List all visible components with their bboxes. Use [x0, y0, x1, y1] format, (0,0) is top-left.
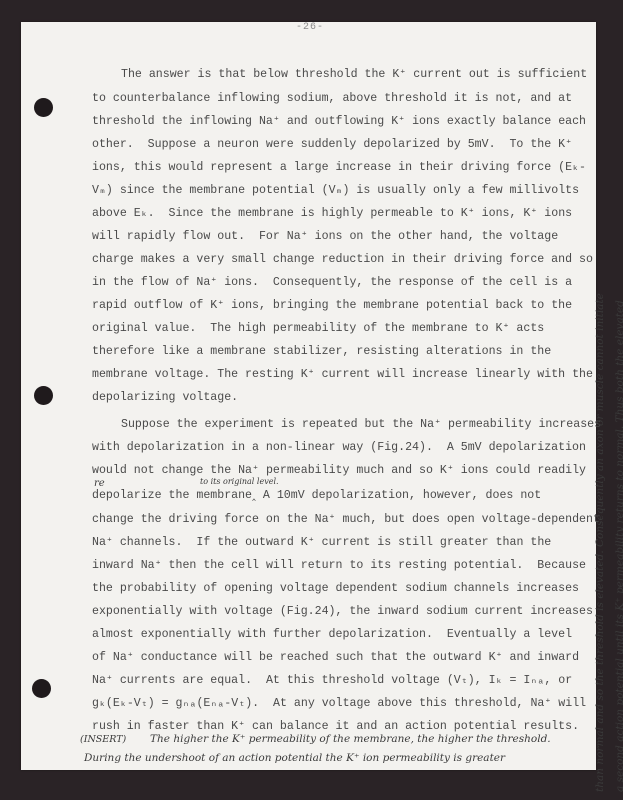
- punch-hole-top: [34, 98, 53, 117]
- typed-line: depolarizing voltage.: [92, 391, 238, 405]
- typed-line: ions, this would represent a large incre…: [92, 161, 586, 175]
- typed-line: of Na⁺ conductance will be reached such …: [92, 651, 579, 665]
- handwritten-insert-line-1: The higher the K⁺ permeability of the me…: [150, 733, 551, 745]
- typed-line: rush in faster than K⁺ can balance it an…: [92, 720, 579, 734]
- typed-line: the probability of opening voltage depen…: [92, 582, 579, 596]
- typed-line: would not change the Na⁺ permeability mu…: [92, 464, 586, 478]
- typed-line: Suppose the experiment is repeated but t…: [121, 418, 601, 432]
- typed-line: gₖ(Eₖ-Vₜ) = gₙₐ(Eₙₐ-Vₜ). At any voltage …: [92, 697, 586, 711]
- margin-note-line-2: a second action potential until its K⁺ p…: [610, 293, 623, 792]
- typed-line: membrane voltage. The resting K⁺ current…: [92, 368, 593, 382]
- page-number: -26-: [296, 22, 324, 33]
- handwritten-margin-note: than normal and so the threshold is elev…: [590, 293, 623, 792]
- typed-line: Na⁺ channels. If the outward K⁺ current …: [92, 536, 551, 550]
- punch-hole-middle: [34, 386, 53, 405]
- typed-line: in the flow of Na⁺ ions. Consequently, t…: [92, 276, 572, 290]
- handwritten-insertion-above: to its original level.: [200, 477, 279, 486]
- typed-line: depolarize the membrane‸ A 10mV depolari…: [92, 489, 541, 503]
- typed-line: with depolarization in a non-linear way …: [92, 441, 586, 455]
- handwritten-insert-label: (INSERT): [80, 734, 126, 745]
- typed-line: will rapidly flow out. For Na⁺ ions on t…: [92, 230, 558, 244]
- typed-line: inward Na⁺ then the cell will return to …: [92, 559, 586, 573]
- typed-line: threshold the inflowing Na⁺ and outflowi…: [92, 115, 586, 129]
- handwritten-insert-line-2: During the undershoot of an action poten…: [84, 752, 505, 764]
- typed-line: above Eₖ. Since the membrane is highly p…: [92, 207, 572, 221]
- punch-hole-bottom: [32, 679, 51, 698]
- typed-line: charge makes a very small change reducti…: [92, 253, 593, 267]
- margin-note-line-1: than normal and so the threshold is elev…: [590, 293, 610, 792]
- typed-line: to counterbalance inflowing sodium, abov…: [92, 92, 572, 106]
- typed-line: original value. The high permeability of…: [92, 322, 544, 336]
- typed-line: Na⁺ currents are equal. At this threshol…: [92, 674, 572, 688]
- typed-line: exponentially with voltage (Fig.24), the…: [92, 605, 593, 619]
- handwritten-re-correction: re: [94, 478, 105, 489]
- typed-line: therefore like a membrane stabilizer, re…: [92, 345, 551, 359]
- typed-line: Vₘ) since the membrane potential (Vₘ) is…: [92, 184, 579, 198]
- typed-line: change the driving force on the Na⁺ much…: [92, 513, 600, 527]
- typed-line: The answer is that below threshold the K…: [121, 68, 587, 82]
- typed-line: other. Suppose a neuron were suddenly de…: [92, 138, 572, 152]
- typed-line: almost exponentially with further depola…: [92, 628, 572, 642]
- typed-line: rapid outflow of K⁺ ions, bringing the m…: [92, 299, 572, 313]
